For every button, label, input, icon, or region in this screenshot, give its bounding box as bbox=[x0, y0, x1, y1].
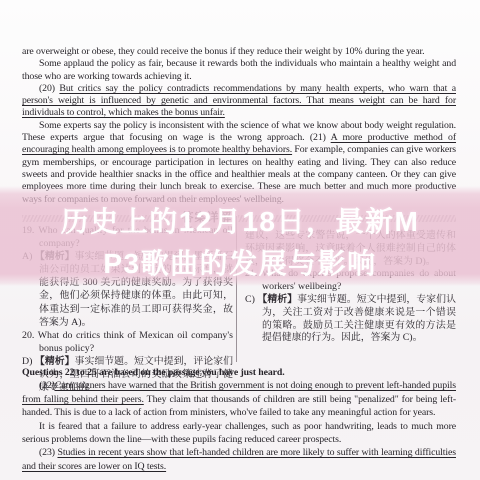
question-text: What do critics think of Mexican oil com… bbox=[38, 330, 233, 354]
watermark-headline-line1: 历史上的12月18日，最新M bbox=[0, 201, 480, 243]
question-number-ref: (20) bbox=[39, 83, 59, 94]
question-number-ref: (22) bbox=[39, 380, 55, 391]
question-number-ref: (23) bbox=[39, 447, 57, 458]
passage-line: are overweight or obese, they could rece… bbox=[22, 46, 456, 58]
underlined-key-sentence: But critics say the policy contradicts r… bbox=[22, 83, 456, 119]
passage-paragraph: (20) But critics say the policy contradi… bbox=[22, 83, 456, 120]
watermark-headline-line2: P3歌曲的发展与影响 bbox=[0, 243, 480, 285]
questions-heading: Questions 22 to 25 are based on the pass… bbox=[22, 366, 456, 379]
passage-paragraph: Some applaud the policy as fair, because… bbox=[22, 58, 456, 83]
passage-paragraph: (22)Campaigners have warned that the Bri… bbox=[22, 379, 456, 419]
underlined-key-sentence: Studies in recent years show that left-h… bbox=[22, 447, 456, 471]
analysis-tag: 【精析】 bbox=[257, 294, 297, 305]
passage-top: are overweight or obese, they could rece… bbox=[22, 46, 456, 206]
passage-paragraph: It is feared that a failure to address e… bbox=[22, 420, 456, 447]
passage-text: are overweight or obese, they could rece… bbox=[22, 46, 424, 57]
question-item: 20. What do critics think of Mexican oil… bbox=[22, 329, 233, 355]
exam-answer-book-page: are overweight or obese, they could rece… bbox=[0, 0, 480, 480]
passage-paragraph: (23) Studies in recent years show that l… bbox=[22, 446, 456, 473]
passage-text: It is feared that a failure to address e… bbox=[22, 421, 456, 445]
passage-text: Some applaud the policy as fair, because… bbox=[22, 58, 456, 81]
answer-option: C) bbox=[245, 294, 255, 305]
question-number: 20. bbox=[22, 330, 34, 341]
answer-item: C) 【精析】事实细节题。短文中提到，专家们认为，关注工资对于改善健康来说是一个… bbox=[245, 294, 456, 345]
passage-bottom: Questions 22 to 25 are based on the pass… bbox=[22, 366, 456, 473]
watermark-headline: 历史上的12月18日，最新M P3歌曲的发展与影响 bbox=[0, 201, 480, 284]
